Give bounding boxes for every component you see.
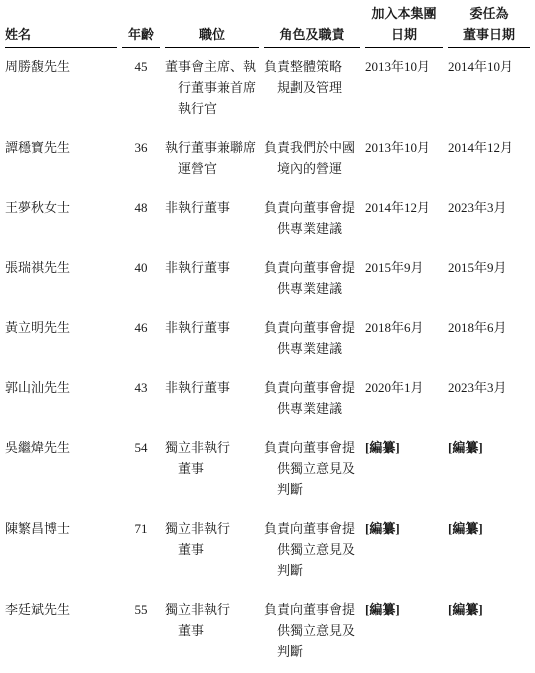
table-row: 黃立明先生 46 非執行董事 負責向董事會提 供專業建議 2018年6月 201… [5, 317, 530, 377]
age-cell: 71 [122, 518, 160, 599]
table-row: 吳繼煒先生 54 獨立非執行 董事 負責向董事會提 供獨立意見及 判斷 [編纂]… [5, 437, 530, 518]
appointed-date-cell: [編纂] [448, 599, 530, 662]
joined-date-cell: 2014年12月 [365, 197, 443, 257]
table-row: 王夢秋女士 48 非執行董事 負責向董事會提 供專業建議 2014年12月 20… [5, 197, 530, 257]
position-cell: 非執行董事 [165, 317, 259, 377]
table-row: 周勝馥先生 45 董事會主席、執 行董事兼首席 執行官 負責整體策略 規劃及管理… [5, 48, 530, 137]
joined-date-cell: [編纂] [365, 599, 443, 662]
col-header-age: 年齡 [122, 3, 160, 48]
position-cell: 執行董事兼聯席 運營官 [165, 137, 259, 197]
position-cell: 非執行董事 [165, 257, 259, 317]
role-cell: 負責我們於中國 境內的營運 [264, 137, 360, 197]
role-cell: 負責向董事會提 供獨立意見及 判斷 [264, 518, 360, 599]
table-row: 郭山汕先生 43 非執行董事 負責向董事會提 供專業建議 2020年1月 202… [5, 377, 530, 437]
table-row: 李廷斌先生 55 獨立非執行 董事 負責向董事會提 供獨立意見及 判斷 [編纂]… [5, 599, 530, 662]
appointed-date-cell: 2015年9月 [448, 257, 530, 317]
col-header-appointed-date: 委任為 董事日期 [448, 3, 530, 48]
table-header: 姓名 年齡 職位 角色及職責 加入本集團 日期 委任為 董事日期 [5, 3, 530, 48]
name-cell: 周勝馥先生 [5, 48, 117, 137]
name-cell: 黃立明先生 [5, 317, 117, 377]
position-cell: 董事會主席、執 行董事兼首席 執行官 [165, 48, 259, 137]
age-cell: 46 [122, 317, 160, 377]
directors-table: 姓名 年齡 職位 角色及職責 加入本集團 日期 委任為 董事日期 周勝馥先生 4… [0, 3, 535, 662]
appointed-date-cell: 2014年10月 [448, 48, 530, 137]
joined-date-cell: 2015年9月 [365, 257, 443, 317]
joined-date-cell: 2013年10月 [365, 48, 443, 137]
role-cell: 負責向董事會提 供專業建議 [264, 257, 360, 317]
col-header-role: 角色及職責 [264, 3, 360, 48]
position-cell: 獨立非執行 董事 [165, 518, 259, 599]
role-cell: 負責整體策略 規劃及管理 [264, 48, 360, 137]
table-row: 陳繁昌博士 71 獨立非執行 董事 負責向董事會提 供獨立意見及 判斷 [編纂]… [5, 518, 530, 599]
col-header-position: 職位 [165, 3, 259, 48]
appointed-date-cell: [編纂] [448, 437, 530, 518]
age-cell: 54 [122, 437, 160, 518]
age-cell: 40 [122, 257, 160, 317]
name-cell: 張瑞祺先生 [5, 257, 117, 317]
role-cell: 負責向董事會提 供獨立意見及 判斷 [264, 437, 360, 518]
appointed-date-cell: 2014年12月 [448, 137, 530, 197]
role-cell: 負責向董事會提 供獨立意見及 判斷 [264, 599, 360, 662]
joined-date-cell: [編纂] [365, 437, 443, 518]
age-cell: 45 [122, 48, 160, 137]
position-cell: 非執行董事 [165, 377, 259, 437]
joined-date-cell: [編纂] [365, 518, 443, 599]
appointed-date-cell: 2018年6月 [448, 317, 530, 377]
age-cell: 36 [122, 137, 160, 197]
name-cell: 陳繁昌博士 [5, 518, 117, 599]
col-header-joined-date: 加入本集團 日期 [365, 3, 443, 48]
age-cell: 48 [122, 197, 160, 257]
appointed-date-cell: 2023年3月 [448, 377, 530, 437]
age-cell: 43 [122, 377, 160, 437]
joined-date-cell: 2018年6月 [365, 317, 443, 377]
position-cell: 非執行董事 [165, 197, 259, 257]
col-header-name: 姓名 [5, 3, 117, 48]
role-cell: 負責向董事會提 供專業建議 [264, 317, 360, 377]
header-row: 姓名 年齡 職位 角色及職責 加入本集團 日期 委任為 董事日期 [5, 3, 530, 48]
appointed-date-cell: [編纂] [448, 518, 530, 599]
table-body: 周勝馥先生 45 董事會主席、執 行董事兼首席 執行官 負責整體策略 規劃及管理… [5, 48, 530, 662]
table-row: 譚穩寶先生 36 執行董事兼聯席 運營官 負責我們於中國 境內的營運 2013年… [5, 137, 530, 197]
name-cell: 王夢秋女士 [5, 197, 117, 257]
table-row: 張瑞祺先生 40 非執行董事 負責向董事會提 供專業建議 2015年9月 201… [5, 257, 530, 317]
position-cell: 獨立非執行 董事 [165, 599, 259, 662]
name-cell: 郭山汕先生 [5, 377, 117, 437]
appointed-date-cell: 2023年3月 [448, 197, 530, 257]
name-cell: 吳繼煒先生 [5, 437, 117, 518]
joined-date-cell: 2013年10月 [365, 137, 443, 197]
age-cell: 55 [122, 599, 160, 662]
name-cell: 譚穩寶先生 [5, 137, 117, 197]
position-cell: 獨立非執行 董事 [165, 437, 259, 518]
joined-date-cell: 2020年1月 [365, 377, 443, 437]
role-cell: 負責向董事會提 供專業建議 [264, 197, 360, 257]
name-cell: 李廷斌先生 [5, 599, 117, 662]
role-cell: 負責向董事會提 供專業建議 [264, 377, 360, 437]
